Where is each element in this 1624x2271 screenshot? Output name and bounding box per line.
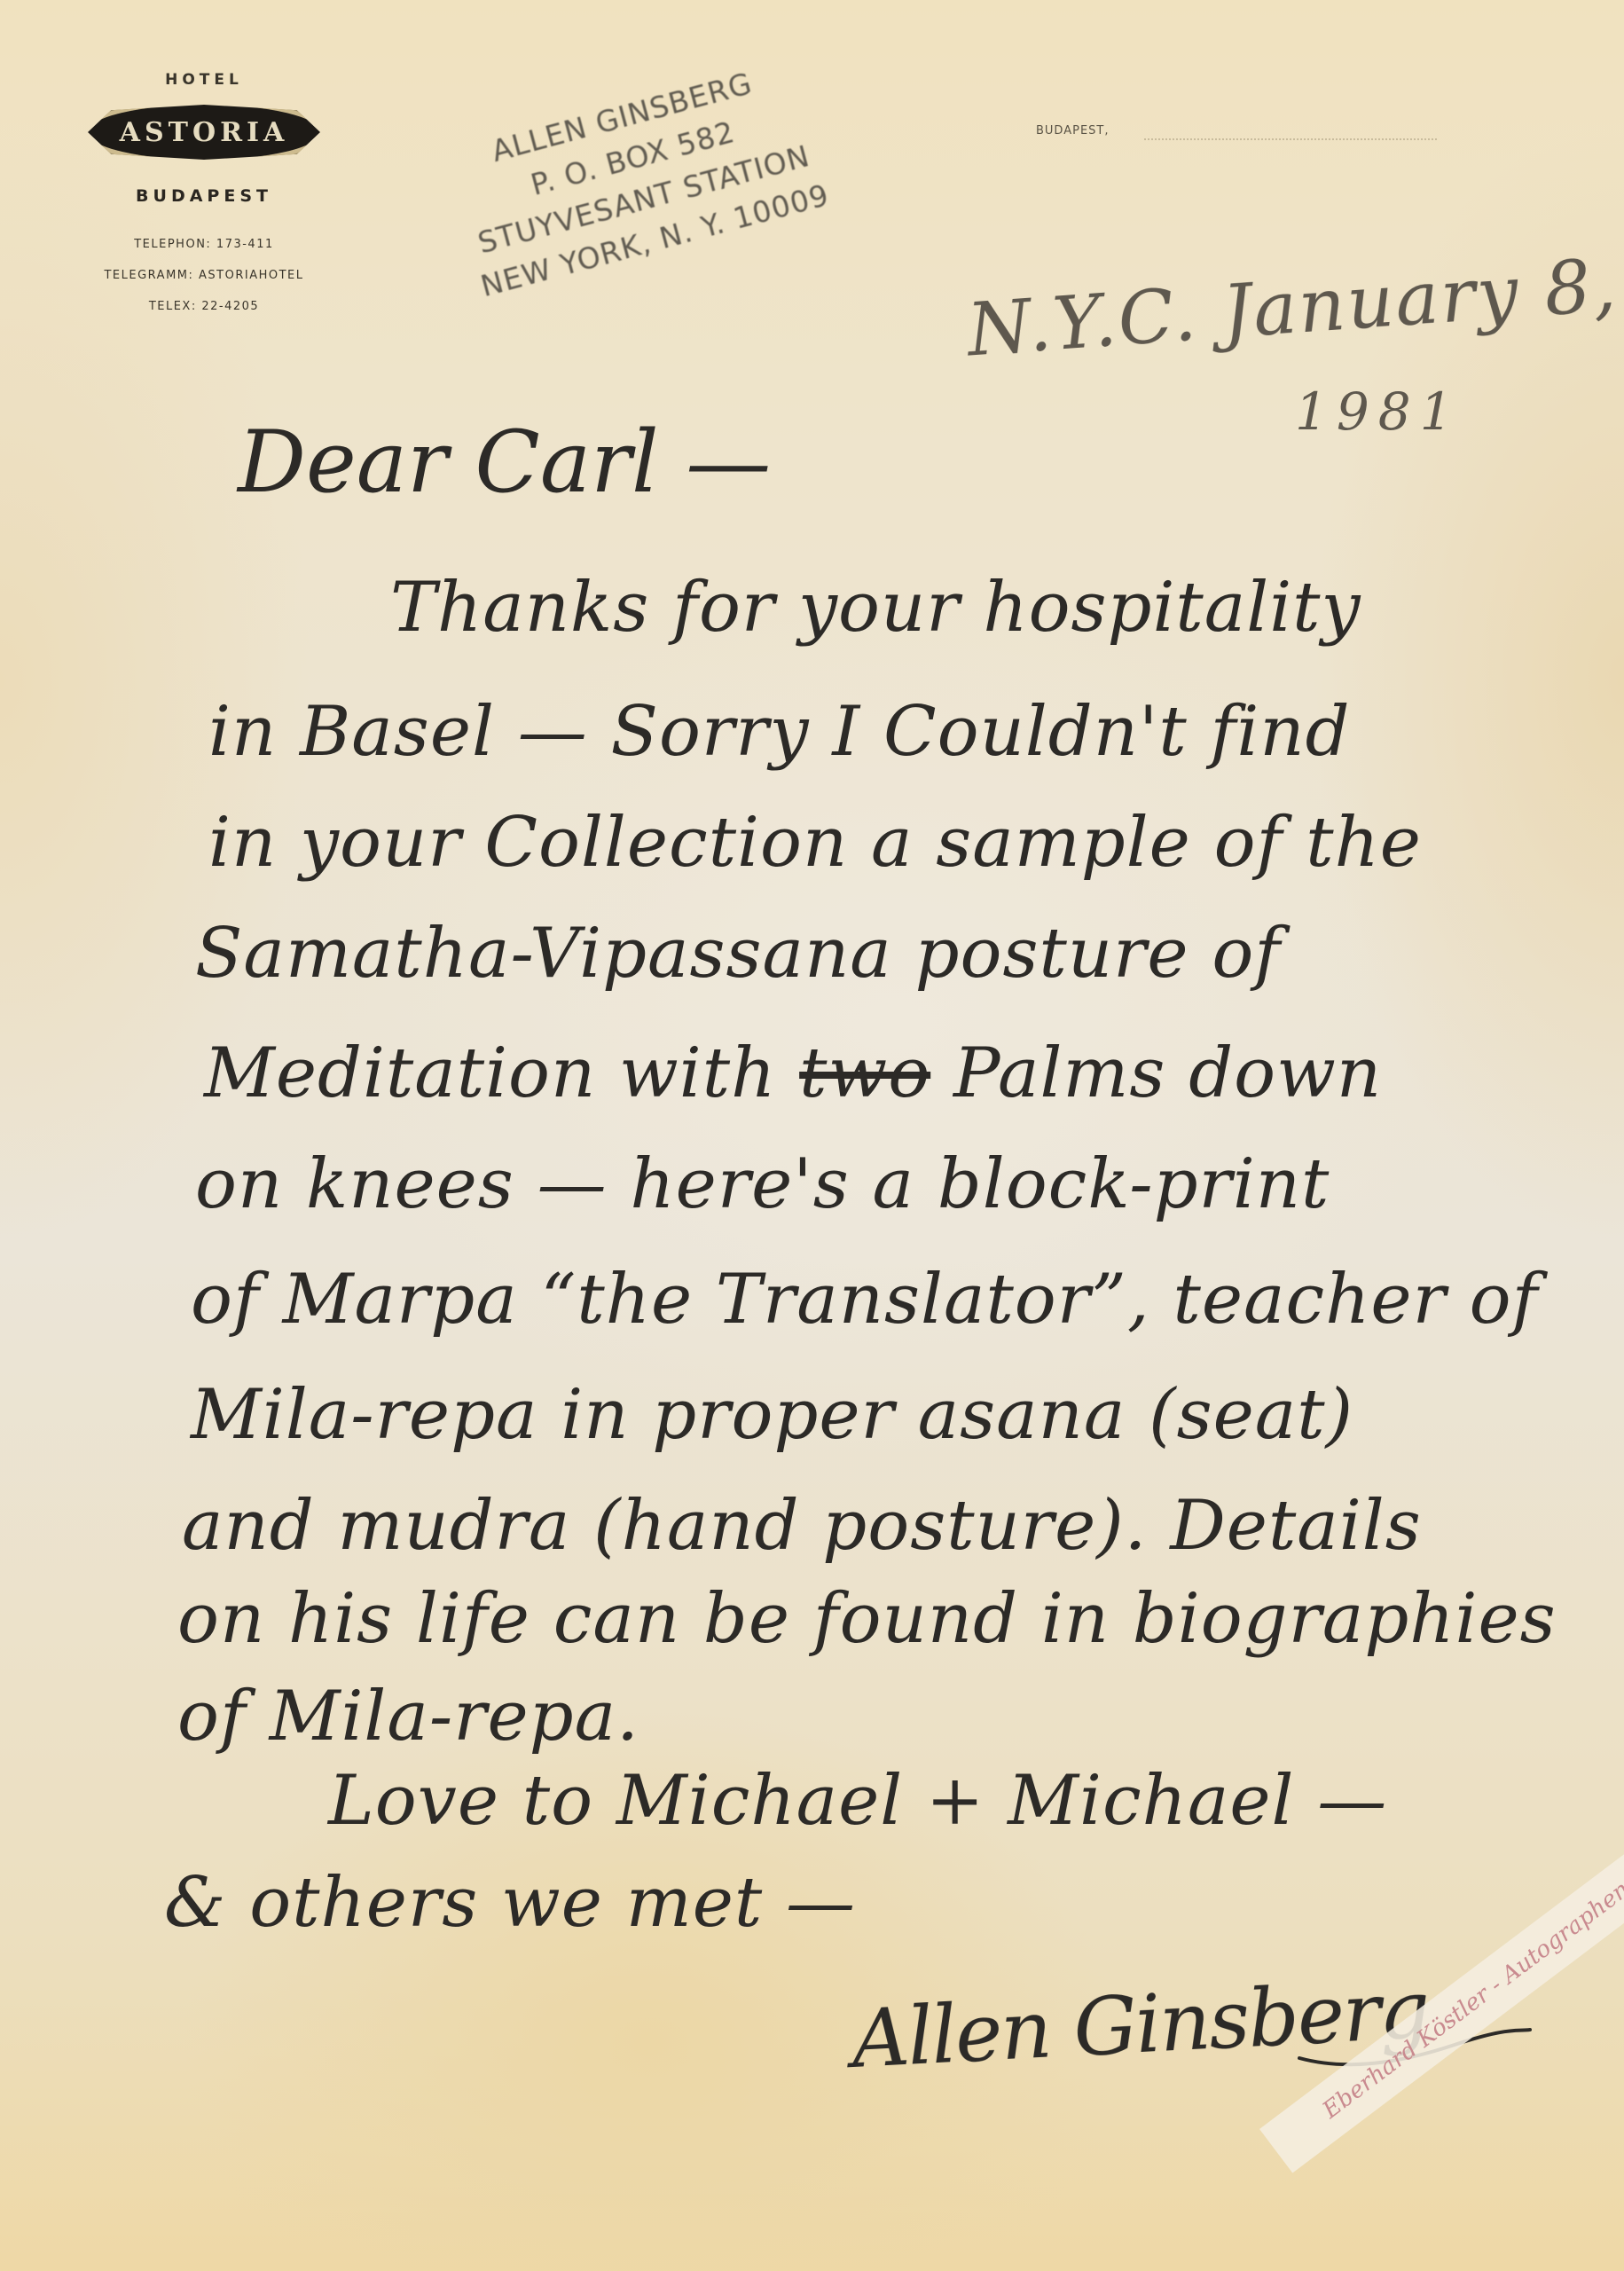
hotel-telex: TELEX: 22-4205: [62, 291, 346, 322]
hotel-city: BUDAPEST: [62, 186, 346, 206]
body-line: in Basel — Sorry I Couldn't find: [208, 692, 1351, 772]
watermark-text: Eberhard Köstler - Autographen & Bücher: [1318, 1804, 1624, 2124]
hotel-telephone: TELEPHON: 173-411: [62, 229, 346, 260]
hotel-telegram: TELEGRAMM: ASTORIAHOTEL: [62, 260, 346, 291]
letterhead-date-field-line: [1144, 138, 1437, 140]
letterhead-date-field-label: BUDAPEST,: [1036, 124, 1110, 138]
body-line: on knees — here's a block-print: [195, 1144, 1330, 1224]
letter-place-date: N.Y.C. January 8,: [965, 244, 1620, 373]
body-line: of Mila-repa.: [177, 1677, 639, 1756]
letter-year: 1981: [1295, 381, 1462, 442]
hotel-contacts: TELEPHON: 173-411 TELEGRAMM: ASTORIAHOTE…: [62, 229, 346, 322]
letter-salutation: Dear Carl —: [238, 413, 771, 512]
closing-line: & others we met —: [164, 1863, 856, 1943]
body-line: Mila-repa in proper asana (seat): [191, 1375, 1353, 1455]
body-text: Meditation with: [204, 1033, 799, 1113]
struck-out-word: two: [799, 1033, 930, 1113]
body-line: of Marpa “the Translator”, teacher of: [191, 1260, 1539, 1340]
astoria-logo-oval: ASTORIA: [88, 105, 320, 160]
body-line: Thanks for your hospitality: [390, 568, 1361, 648]
body-text: Palms down: [930, 1033, 1382, 1113]
body-line: in your Collection a sample of the: [208, 803, 1422, 883]
body-line: on his life can be found in biographies: [177, 1579, 1557, 1659]
hotel-label: HOTEL: [62, 71, 346, 89]
closing-line: Love to Michael + Michael —: [328, 1761, 1387, 1841]
hotel-letterhead: HOTEL ASTORIA BUDAPEST TELEPHON: 173-411…: [62, 71, 346, 322]
hotel-name: ASTORIA: [120, 117, 289, 148]
address-stamp: ALLEN GINSBERG P. O. BOX 582 STUYVESANT …: [415, 43, 862, 315]
body-line: Meditation with two Palms down: [204, 1033, 1382, 1113]
body-line: and mudra (hand posture). Details: [182, 1486, 1422, 1566]
hotel-logo: ASTORIA: [62, 98, 346, 167]
body-line: Samatha-Vipassana posture of: [195, 914, 1281, 994]
